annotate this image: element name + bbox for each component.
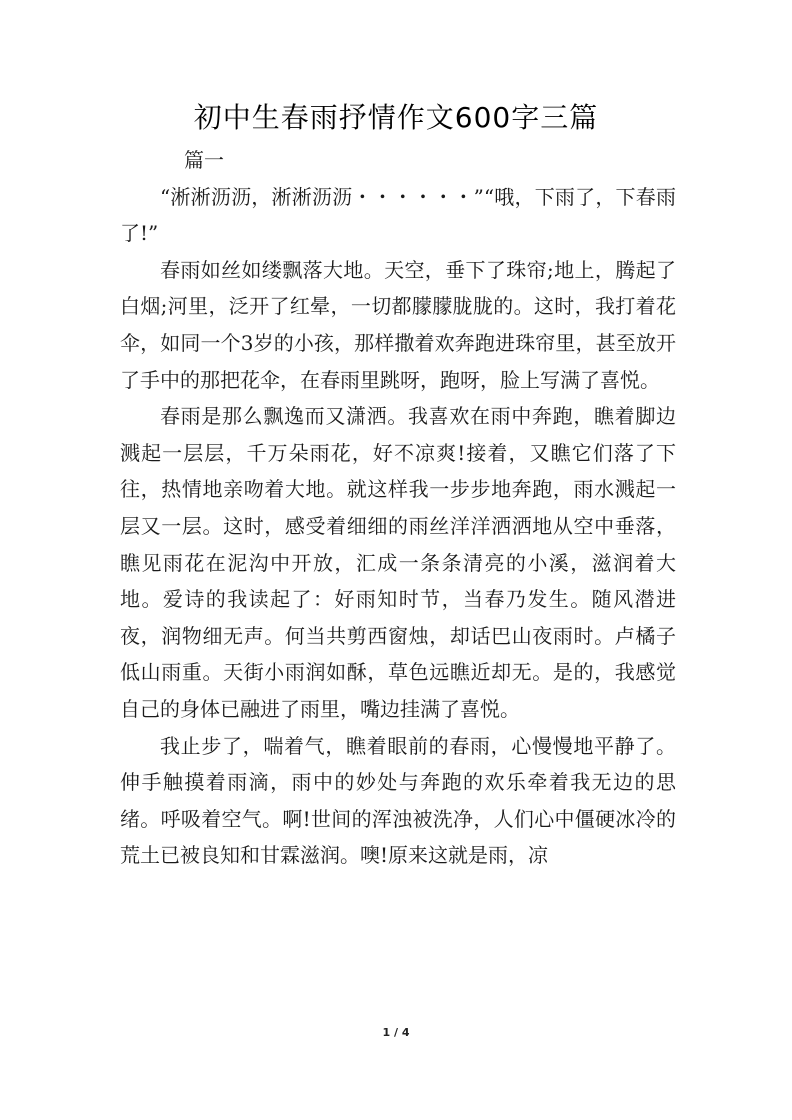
document-body: 篇一 “淅淅沥沥，淅淅沥沥・・・・・・”“哦，下雨了，下春雨了!” 春雨如丝如缕… xyxy=(120,142,676,874)
page-number: 1 / 4 xyxy=(0,1026,792,1039)
paragraph-3: 春雨是那么飘逸而又潇洒。我喜欢在雨中奔跑，瞧着脚边溅起一层层，千万朵雨花，好不凉… xyxy=(120,398,676,727)
document-title: 初中生春雨抒情作文600字三篇 xyxy=(0,98,792,138)
paragraph-1: “淅淅沥沥，淅淅沥沥・・・・・・”“哦，下雨了，下春雨了!” xyxy=(120,179,676,252)
section-label: 篇一 xyxy=(120,142,676,179)
paragraph-4: 我止步了，喘着气，瞧着眼前的春雨，心慢慢地平静了。伸手触摸着雨滴，雨中的妙处与奔… xyxy=(120,728,676,874)
document-page: 初中生春雨抒情作文600字三篇 篇一 “淅淅沥沥，淅淅沥沥・・・・・・”“哦，下… xyxy=(0,0,792,1120)
paragraph-2: 春雨如丝如缕飘落大地。天空，垂下了珠帘;地上，腾起了白烟;河里，泛开了红晕，一切… xyxy=(120,252,676,398)
